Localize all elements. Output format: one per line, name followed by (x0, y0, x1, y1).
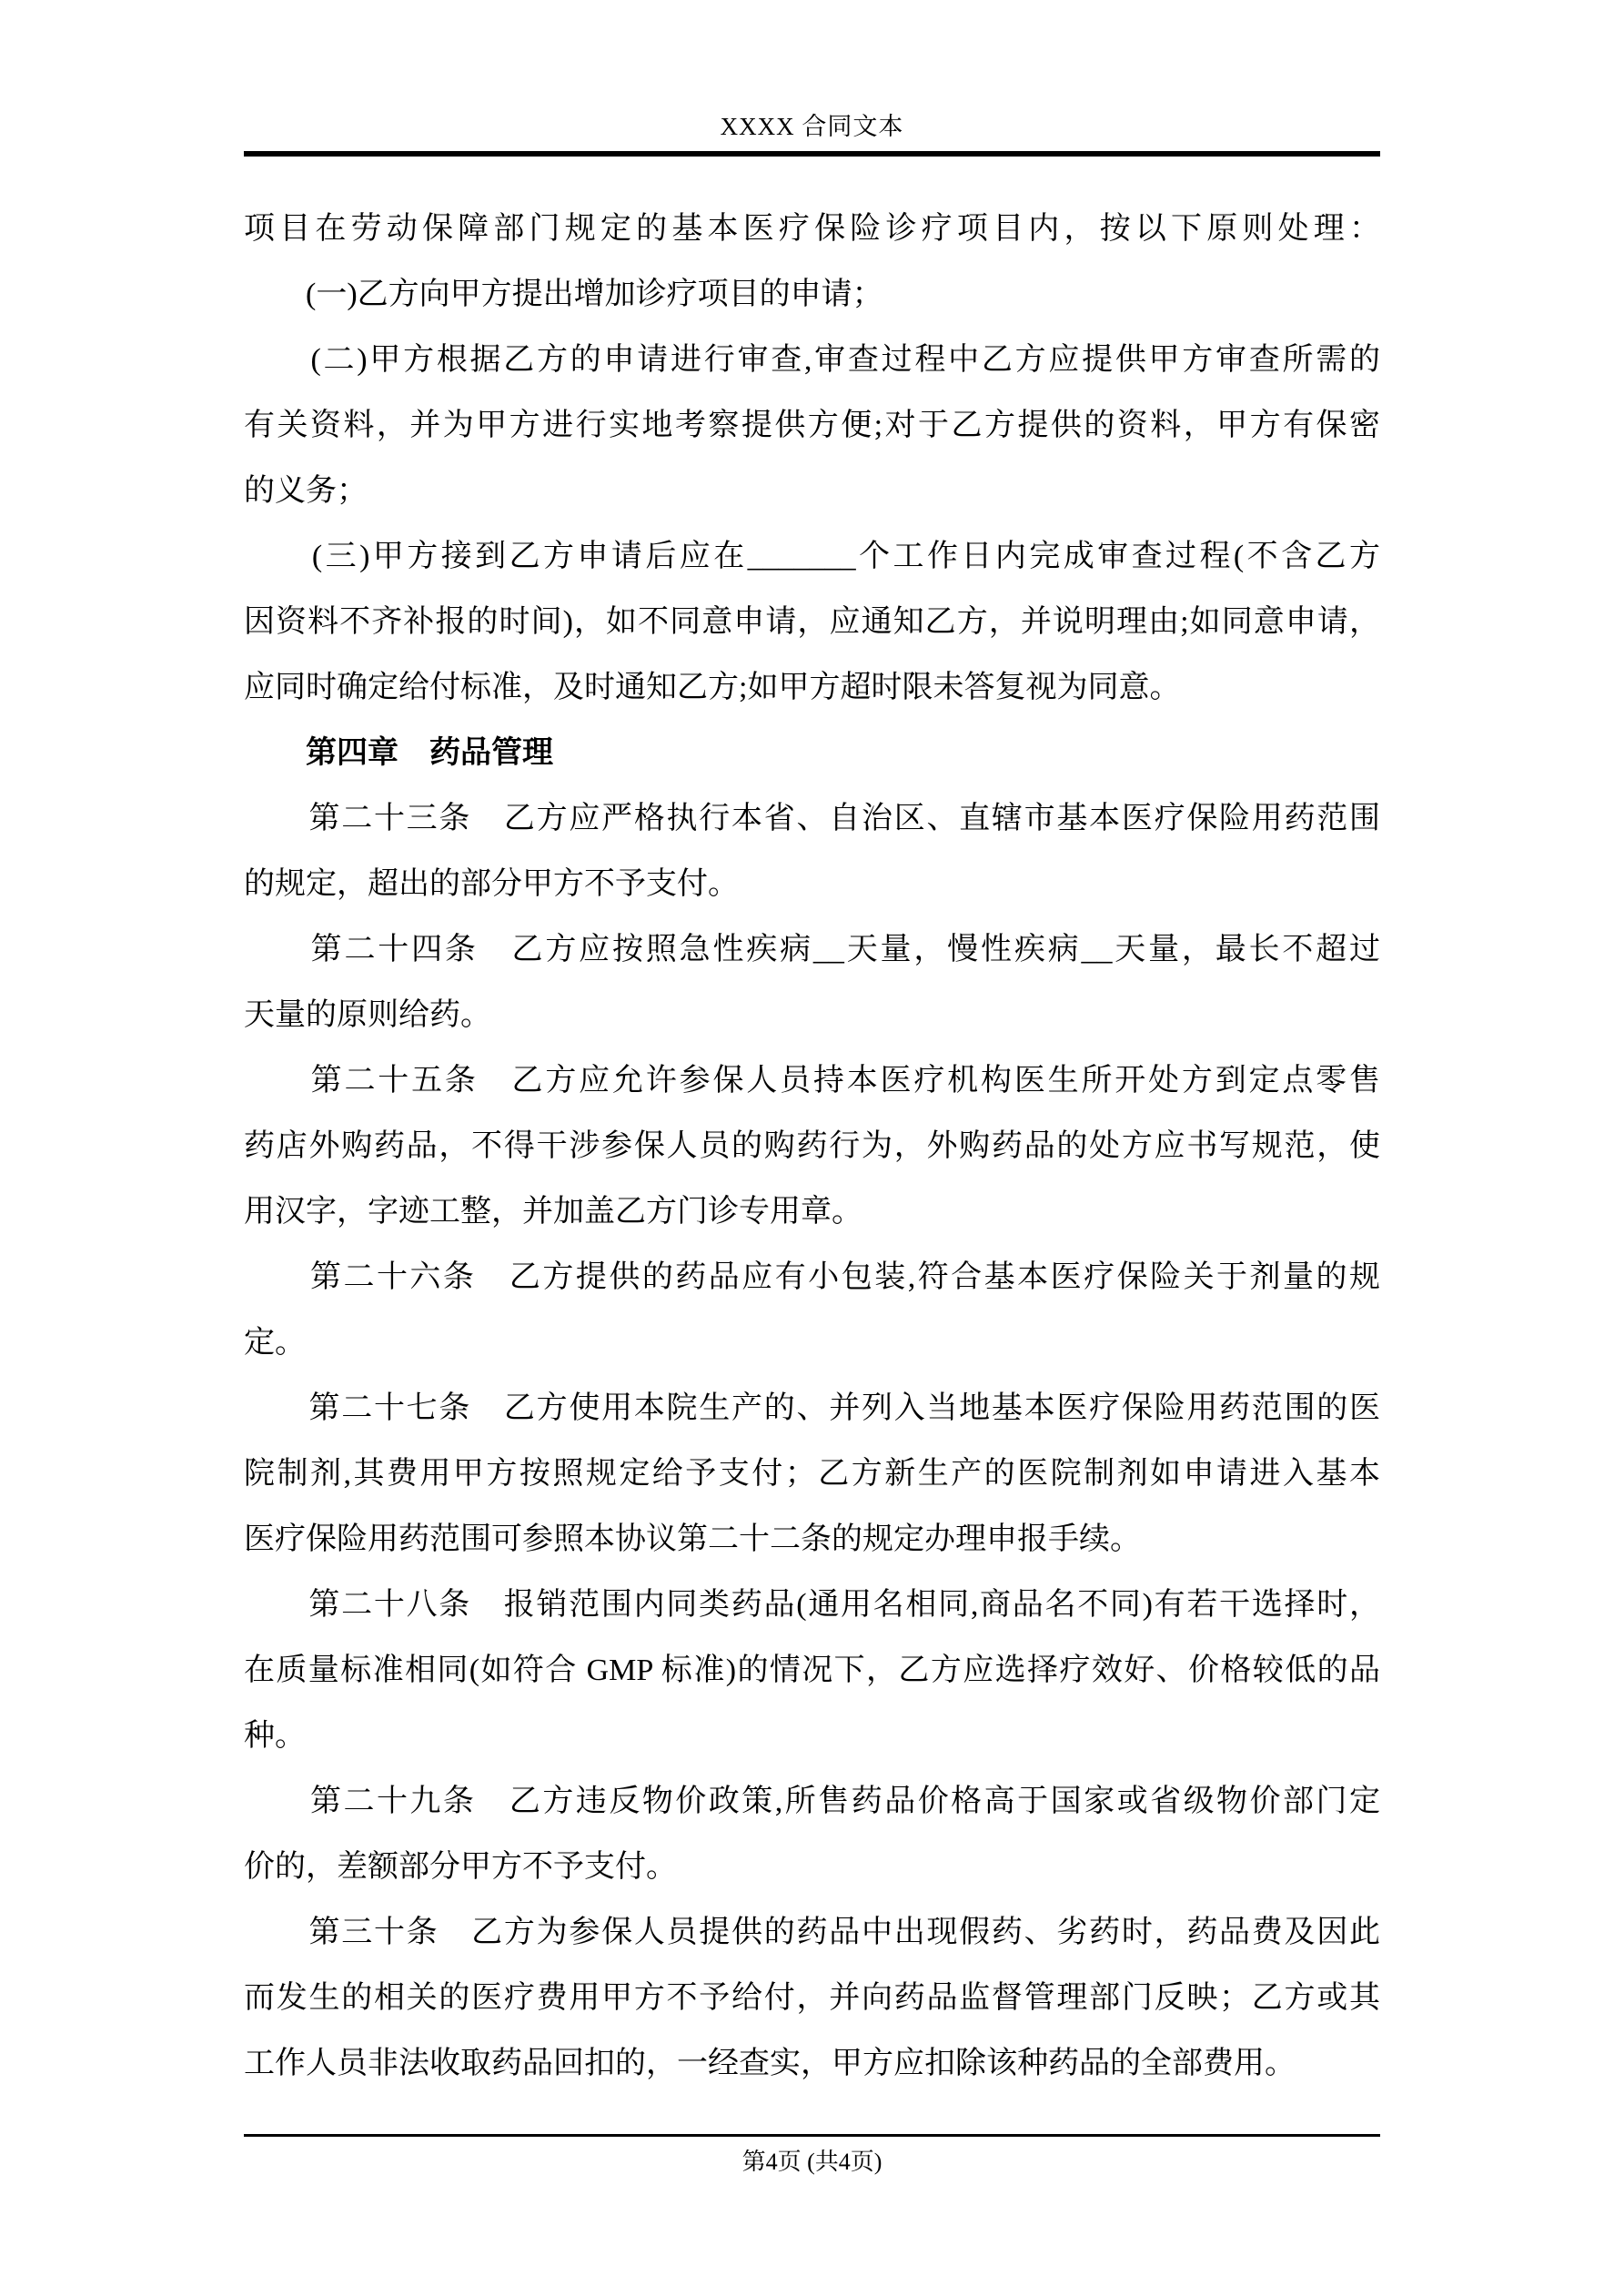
contract-line: 药店外购药品，不得干涉参保人员的购药行为，外购药品的处方应书写规范，使 (244, 1114, 1380, 1179)
contract-line: 项目在劳动保障部门规定的基本医疗保险诊疗项目内，按以下原则处理： (244, 197, 1380, 262)
contract-line: (二)甲方根据乙方的申请进行审查,审查过程中乙方应提供甲方审查所需的 (244, 328, 1380, 393)
contract-line: 用汉字，字迹工整，并加盖乙方门诊专用章。 (244, 1179, 1380, 1245)
contract-line: 医疗保险用药范围可参照本协议第二十二条的规定办理申报手续。 (244, 1507, 1380, 1573)
contract-line: 天量的原则给药。 (244, 983, 1380, 1048)
contract-line: (三)甲方接到乙方申请后应在_______个工作日内完成审查过程(不含乙方 (244, 524, 1380, 590)
contract-line: 第二十七条 乙方使用本院生产的、并列入当地基本医疗保险用药范围的医 (244, 1376, 1380, 1441)
contract-line: 工作人员非法收取药品回扣的，一经查实，甲方应扣除该种药品的全部费用。 (244, 2031, 1380, 2097)
contract-line: 应同时确定给付标准，及时通知乙方;如甲方超时限未答复视为同意。 (244, 655, 1380, 721)
chapter-heading: 第四章 药品管理 (244, 721, 1380, 786)
contract-line: 第三十条 乙方为参保人员提供的药品中出现假药、劣药时，药品费及因此 (244, 1900, 1380, 1966)
contract-line: 种。 (244, 1704, 1380, 1769)
contract-line: 价的，差额部分甲方不予支付。 (244, 1835, 1380, 1900)
contract-line: 院制剂,其费用甲方按照规定给予支付；乙方新生产的医院制剂如申请进入基本 (244, 1441, 1380, 1507)
contract-line: 因资料不齐补报的时间)，如不同意申请，应通知乙方，并说明理由;如同意申请， (244, 590, 1380, 655)
contract-line: 定。 (244, 1310, 1380, 1376)
contract-line: 而发生的相关的医疗费用甲方不予给付，并向药品监督管理部门反映；乙方或其 (244, 1966, 1380, 2031)
contract-line: 第二十四条 乙方应按照急性疾病__天量，慢性疾病__天量，最长不超过 (244, 917, 1380, 983)
header-rule (244, 151, 1380, 157)
contract-line: 第二十三条 乙方应严格执行本省、自治区、直辖市基本医疗保险用药范围 (244, 786, 1380, 852)
contract-line: (一)乙方向甲方提出增加诊疗项目的申请； (244, 262, 1380, 328)
header-title: XXXX 合同文本 (244, 107, 1380, 146)
contract-line: 第二十五条 乙方应允许参保人员持本医疗机构医生所开处方到定点零售 (244, 1048, 1380, 1114)
page-header: XXXX 合同文本 (244, 107, 1380, 157)
contract-page: XXXX 合同文本 项目在劳动保障部门规定的基本医疗保险诊疗项目内，按以下原则处… (0, 0, 1624, 2296)
contract-line: 第二十八条 报销范围内同类药品(通用名相同,商品名不同)有若干选择时， (244, 1573, 1380, 1638)
contract-line: 的规定，超出的部分甲方不予支付。 (244, 852, 1380, 917)
page-footer: 第4页 (共4页) (244, 2134, 1380, 2180)
contract-body: 项目在劳动保障部门规定的基本医疗保险诊疗项目内，按以下原则处理： (一)乙方向甲… (244, 197, 1380, 2097)
contract-line: 在质量标准相同(如符合 GMP 标准)的情况下，乙方应选择疗效好、价格较低的品 (244, 1638, 1380, 1704)
contract-line: 有关资料，并为甲方进行实地考察提供方便;对于乙方提供的资料，甲方有保密 (244, 393, 1380, 459)
contract-line: 的义务； (244, 459, 1380, 524)
page-number: 第4页 (共4页) (244, 2137, 1380, 2180)
contract-line: 第二十六条 乙方提供的药品应有小包装,符合基本医疗保险关于剂量的规 (244, 1245, 1380, 1310)
contract-line: 第二十九条 乙方违反物价政策,所售药品价格高于国家或省级物价部门定 (244, 1769, 1380, 1835)
